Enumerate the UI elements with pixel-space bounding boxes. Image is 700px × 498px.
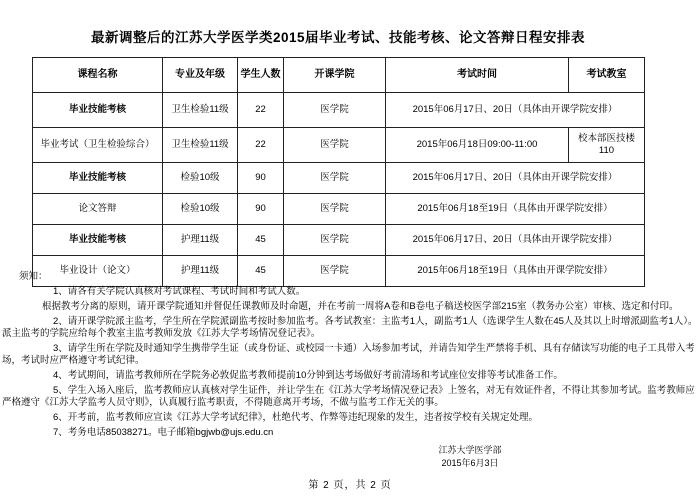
header-major: 专业及年级: [163, 58, 238, 93]
cell-college: 医学院: [284, 128, 386, 163]
cell-count: 90: [238, 163, 284, 194]
cell-college: 医学院: [284, 225, 386, 256]
cell-count: 45: [238, 225, 284, 256]
exam-schedule-table: 课程名称 专业及年级 学生人数 开课学院 考试时间 考试教室 毕业技能考核 卫生…: [32, 57, 645, 287]
cell-major: 卫生检验11级: [163, 93, 238, 128]
note-item: 4、考试期间，请监考教师所在学院务必敦促监考教师提前10分钟到达考场做好考前清场…: [2, 370, 698, 382]
header-time: 考试时间: [386, 58, 569, 93]
note-item: 根据教考分离的原则，请开课学院通知并督促任课教师及时命题，并在考前一周将A卷和B…: [2, 301, 698, 313]
header-room: 考试教室: [569, 58, 645, 93]
cell-course: 毕业考试（卫生检验综合）: [33, 128, 163, 163]
cell-major: 检验10级: [163, 163, 238, 194]
note-item: 7、考务电话85038271。电子邮箱bgjwb@ujs.edu.cn: [2, 427, 698, 439]
table-header-row: 课程名称 专业及年级 学生人数 开课学院 考试时间 考试教室: [33, 58, 645, 93]
cell-time: 2015年06月18至19日（具体由开课学院安排）: [386, 194, 645, 225]
cell-college: 医学院: [284, 194, 386, 225]
table-row: 毕业技能考核 检验10级 90 医学院 2015年06月17日、20日（具体由开…: [33, 163, 645, 194]
cell-time: 2015年06月17日、20日（具体由开课学院安排）: [386, 163, 645, 194]
note-item: 5、学生入场入座后，监考教师应认真核对学生证件，并让学生在《江苏大学考场情况登记…: [2, 385, 698, 410]
notes-section: 须知： 1、请各有关学院认真核对考试课程、考试时间和考试人数。 根据教考分离的原…: [2, 271, 698, 442]
signature-date: 2015年6月3日: [380, 457, 560, 470]
page-number: 第 2 页，共 2 页: [0, 476, 700, 491]
cell-count: 22: [238, 128, 284, 163]
cell-room: 校本部医技楼110: [569, 128, 645, 163]
note-item: 6、开考前，监考教师应宣读《江苏大学考试纪律》，杜绝代考、作弊等违纪现象的发生，…: [2, 412, 698, 424]
note-item: 1、请各有关学院认真核对考试课程、考试时间和考试人数。: [2, 286, 698, 298]
cell-major: 护理11级: [163, 225, 238, 256]
header-course: 课程名称: [33, 58, 163, 93]
cell-time: 2015年06月17日、20日（具体由开课学院安排）: [386, 93, 645, 128]
cell-time: 2015年06月18日09:00-11:00: [386, 128, 569, 163]
cell-college: 医学院: [284, 93, 386, 128]
page-title: 最新调整后的江苏大学医学类2015届毕业考试、技能考核、论文答辩日程安排表: [32, 26, 644, 46]
table-row: 毕业考试（卫生检验综合） 卫生检验11级 22 医学院 2015年06月18日0…: [33, 128, 645, 163]
cell-course: 毕业技能考核: [33, 163, 163, 194]
cell-count: 90: [238, 194, 284, 225]
cell-major: 卫生检验11级: [163, 128, 238, 163]
cell-college: 医学院: [284, 163, 386, 194]
signature-block: 江苏大学医学部 2015年6月3日: [380, 444, 560, 470]
cell-course: 毕业技能考核: [33, 225, 163, 256]
cell-course: 论文答辩: [33, 194, 163, 225]
signature-organization: 江苏大学医学部: [380, 444, 560, 457]
cell-count: 22: [238, 93, 284, 128]
cell-time: 2015年06月17日、20日（具体由开课学院安排）: [386, 225, 645, 256]
document-page: { "title": "最新调整后的江苏大学医学类2015届毕业考试、技能考核、…: [0, 0, 700, 498]
header-count: 学生人数: [238, 58, 284, 93]
note-item: 3、请学生所在学院及时通知学生携带学生证（或身份证、或校园一卡通）入场参加考试，…: [2, 343, 698, 368]
cell-major: 检验10级: [163, 194, 238, 225]
cell-course: 毕业技能考核: [33, 93, 163, 128]
table-row: 论文答辩 检验10级 90 医学院 2015年06月18至19日（具体由开课学院…: [33, 194, 645, 225]
note-item: 2、请开课学院派主监考，学生所在学院派副监考按时参加监考。各考试教室：主监考1人…: [2, 316, 698, 341]
header-college: 开课学院: [284, 58, 386, 93]
notes-label: 须知：: [2, 271, 698, 283]
table-row: 毕业技能考核 卫生检验11级 22 医学院 2015年06月17日、20日（具体…: [33, 93, 645, 128]
table-row: 毕业技能考核 护理11级 45 医学院 2015年06月17日、20日（具体由开…: [33, 225, 645, 256]
